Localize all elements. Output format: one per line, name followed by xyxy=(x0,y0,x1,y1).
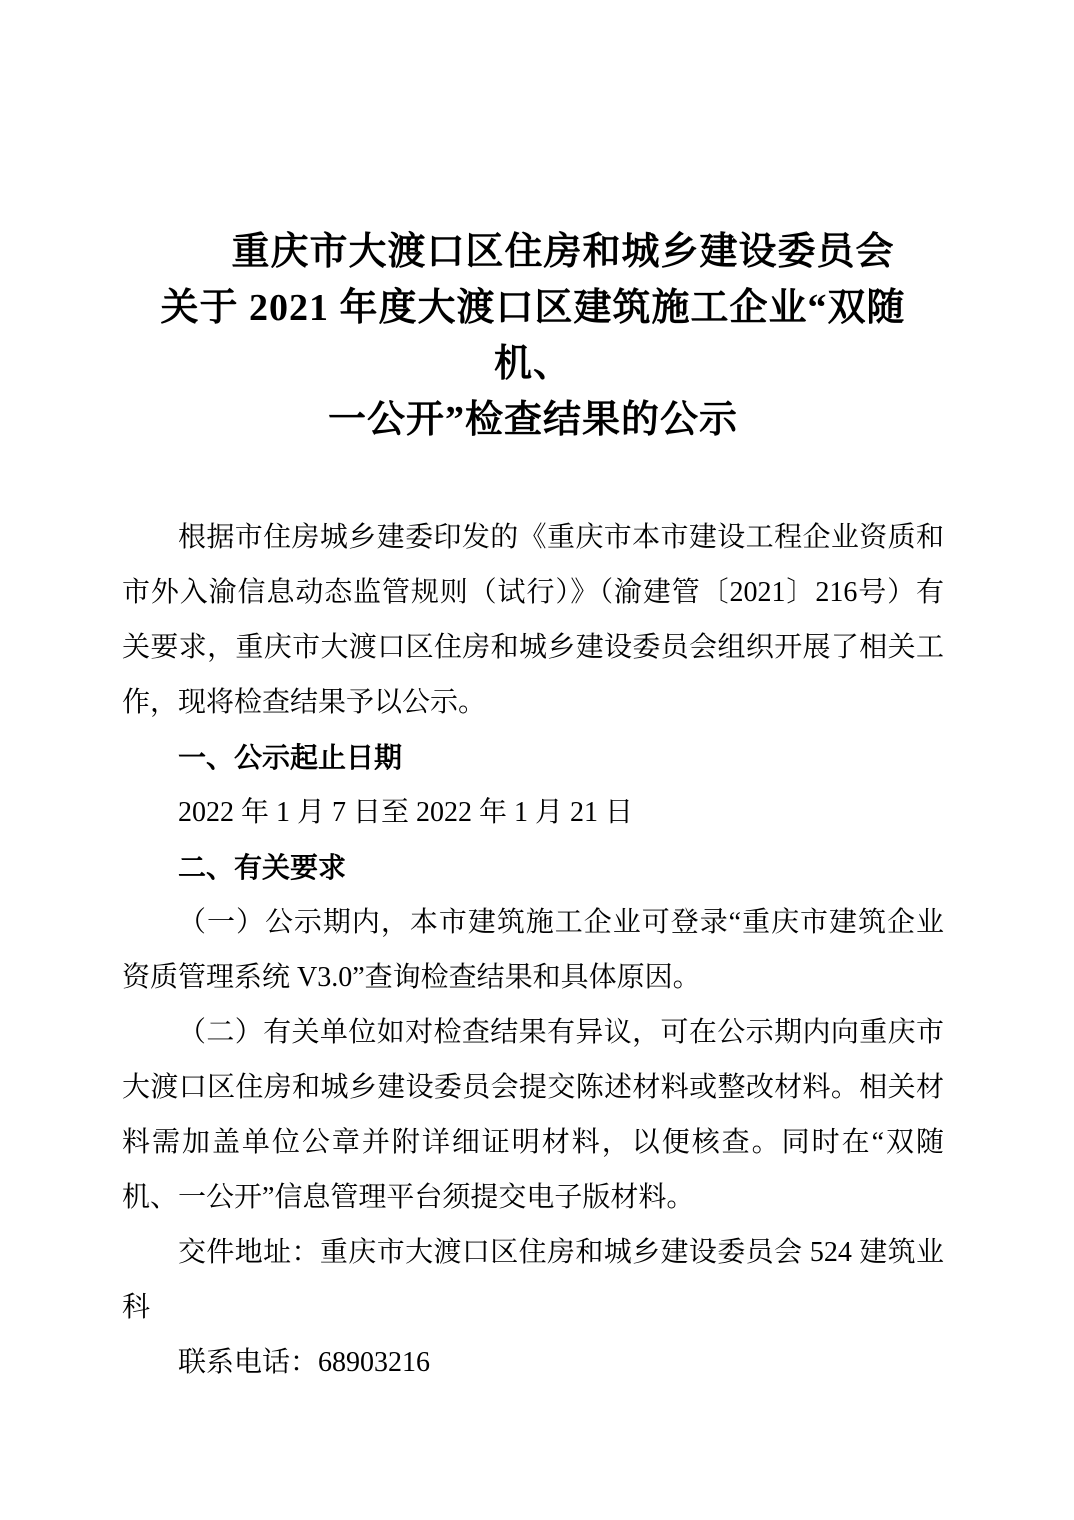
notice-title: 重庆市大渡口区住房和城乡建设委员会 关于 2021 年度大渡口区建筑施工企业“双… xyxy=(122,224,944,448)
notice-title-line-3: 一公开”检查结果的公示 xyxy=(122,392,944,448)
intro-paragraph: 根据市住房城乡建委印发的《重庆市本市建设工程企业资质和市外入渝信息动态监管规则（… xyxy=(122,510,944,730)
contact-phone: 联系电话：68903216 xyxy=(122,1335,944,1390)
submission-address: 交件地址：重庆市大渡口区住房和城乡建设委员会 524 建筑业科 xyxy=(122,1225,944,1335)
notice-title-line-2: 关于 2021 年度大渡口区建筑施工企业“双随机、 xyxy=(122,280,944,392)
section-2-heading: 二、有关要求 xyxy=(122,840,944,895)
section-1-heading: 一、公示起止日期 xyxy=(122,730,944,785)
notice-body: 根据市住房城乡建委印发的《重庆市本市建设工程企业资质和市外入渝信息动态监管规则（… xyxy=(122,510,944,1390)
requirement-item-1: （一）公示期内，本市建筑施工企业可登录“重庆市建筑企业资质管理系统 V3.0”查… xyxy=(122,895,944,1005)
document-content: 重庆市大渡口区住房和城乡建设委员会 关于 2021 年度大渡口区建筑施工企业“双… xyxy=(0,0,1074,1390)
notice-title-line-1: 重庆市大渡口区住房和城乡建设委员会 xyxy=(152,224,974,280)
document-page: 重庆市大渡口区住房和城乡建设委员会 关于 2021 年度大渡口区建筑施工企业“双… xyxy=(0,0,1074,1520)
requirement-item-2: （二）有关单位如对检查结果有异议，可在公示期内向重庆市大渡口区住房和城乡建设委员… xyxy=(122,1005,944,1225)
publicity-date-range: 2022 年 1 月 7 日至 2022 年 1 月 21 日 xyxy=(122,785,944,840)
